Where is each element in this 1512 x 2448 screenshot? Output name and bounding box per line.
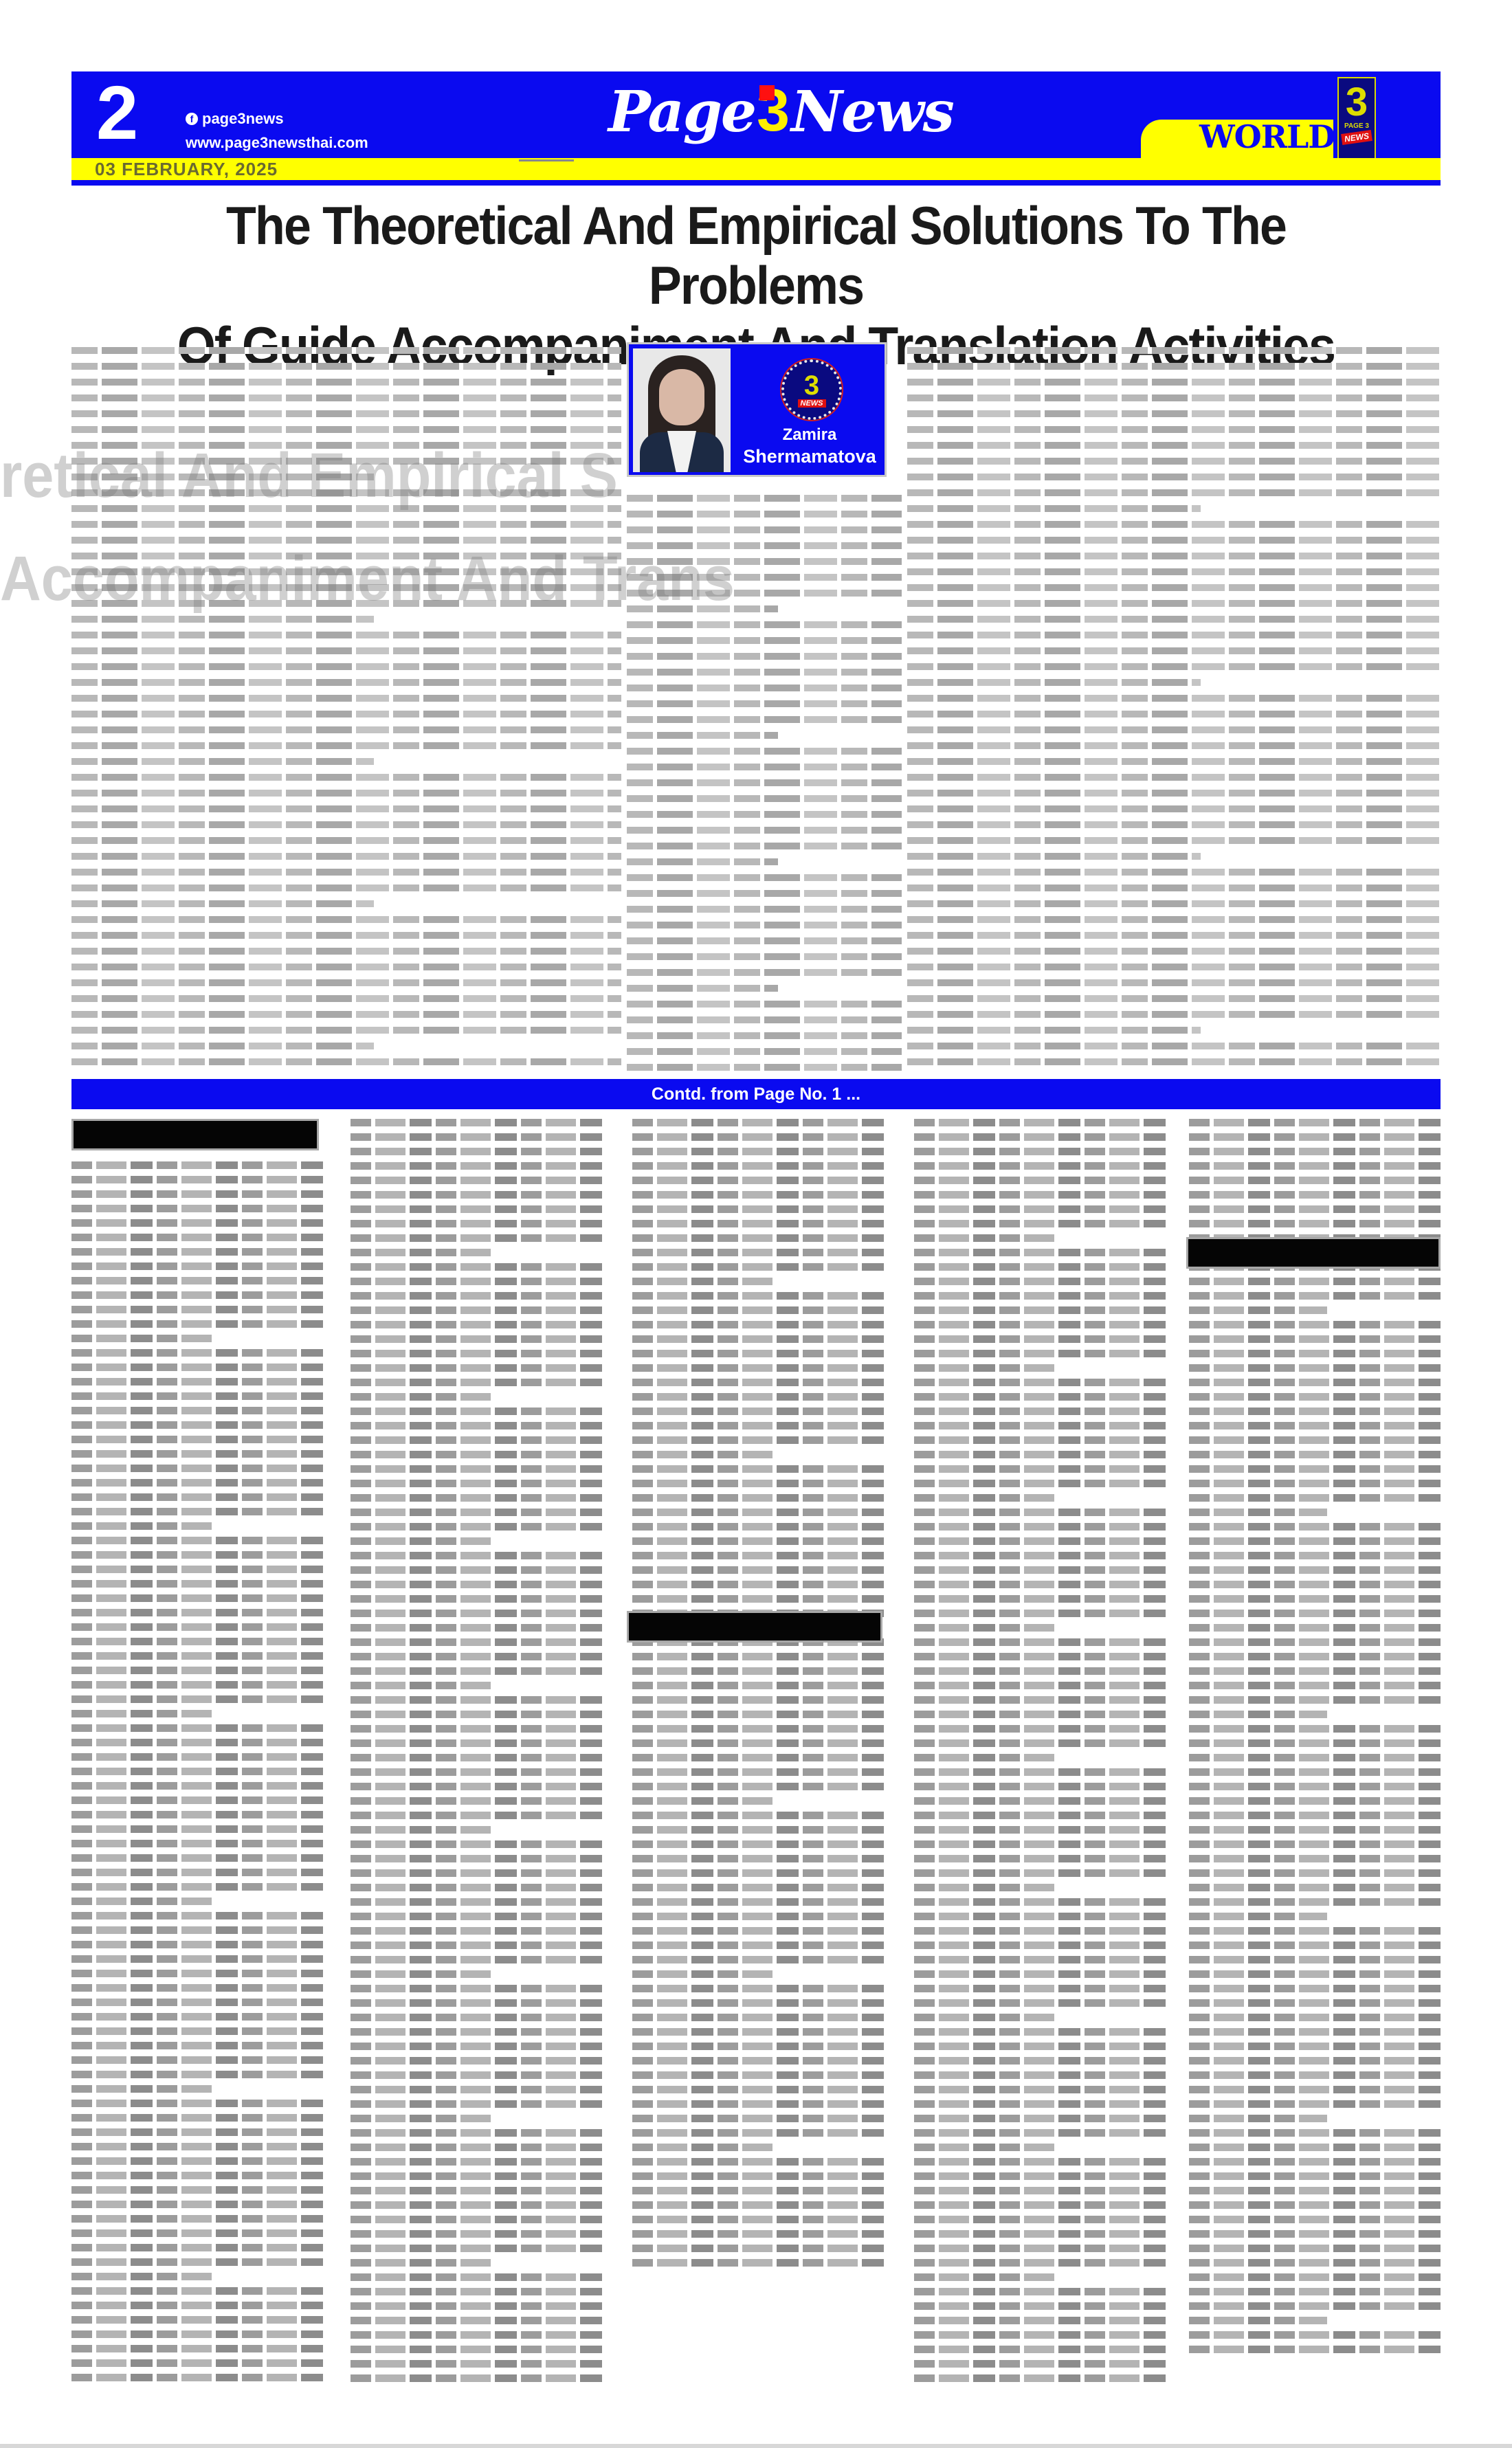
text-line: [907, 805, 1441, 812]
text-line: [632, 1783, 888, 1790]
text-line: [914, 1638, 1170, 1646]
text-line: [71, 1537, 327, 1544]
text-line: [632, 1653, 888, 1660]
text-line: [351, 1638, 606, 1646]
text-line: [351, 1249, 491, 1256]
text-line: [627, 811, 902, 818]
text-line: [1189, 1393, 1441, 1401]
text-line: [632, 1292, 888, 1300]
text-line: [914, 2201, 1170, 2209]
text-line: [351, 2346, 606, 2353]
text-line: [71, 2013, 327, 2021]
text-line: [1189, 1985, 1441, 1992]
text-line: [71, 1291, 327, 1299]
text-line: [351, 1292, 606, 1300]
text-line: [914, 1364, 1055, 1372]
text-line: [71, 1695, 327, 1703]
facebook-icon: f: [186, 113, 198, 125]
text-line: [1189, 1725, 1441, 1733]
text-line: [907, 1043, 1441, 1049]
text-line: [71, 1912, 327, 1920]
text-line: [632, 1768, 888, 1776]
text-line: [71, 2302, 327, 2309]
text-line: [1189, 2086, 1441, 2093]
divider: [71, 180, 1441, 186]
text-line: [1189, 1898, 1441, 1906]
text-line: [914, 1407, 1170, 1415]
text-line: [907, 600, 1441, 607]
text-line: [1189, 1754, 1441, 1761]
text-line: [351, 1667, 606, 1675]
text-line: [914, 1436, 1170, 1444]
text-line: [907, 394, 1441, 401]
text-line: [351, 1711, 606, 1718]
text-line: [627, 1048, 902, 1055]
text-line: [632, 1205, 888, 1213]
text-line: [71, 1667, 327, 1674]
text-line: [71, 1825, 327, 1833]
text-line: [914, 1941, 1170, 1949]
continued-column-2: [351, 1119, 606, 2385]
facebook-link[interactable]: f page3news: [186, 110, 284, 128]
text-line: [71, 1493, 327, 1501]
text-line: [71, 995, 621, 1002]
text-line: [351, 1696, 606, 1704]
text-line: [914, 1321, 1170, 1328]
text-line: [632, 1985, 888, 1992]
facebook-handle: page3news: [202, 110, 284, 128]
text-line: [914, 1999, 1170, 2007]
text-line: [627, 906, 902, 913]
text-line: [1189, 2071, 1441, 2079]
text-line: [914, 1523, 1170, 1531]
text-line: [907, 1027, 1201, 1034]
text-line: [914, 1278, 1170, 1285]
continued-column-5: [1189, 1119, 1441, 2385]
text-line: [351, 2216, 606, 2223]
text-line: [1189, 2201, 1441, 2209]
text-line: [907, 584, 1441, 591]
text-line: [351, 2259, 491, 2267]
text-line: [632, 1927, 888, 1935]
text-line: [71, 679, 621, 686]
text-line: [351, 1566, 606, 1574]
text-line: [351, 1610, 606, 1617]
text-line: [1189, 1581, 1441, 1588]
text-line: [914, 1783, 1170, 1790]
text-line: [351, 1379, 606, 1386]
text-line: [914, 1985, 1170, 1992]
text-line: [71, 1955, 327, 1963]
badge-page-label: PAGE 3: [1344, 122, 1369, 130]
text-line: [71, 474, 374, 480]
author-first-name: Zamira: [736, 425, 883, 445]
text-line: [914, 2100, 1170, 2108]
text-line: [351, 1480, 606, 1487]
text-line: [627, 1016, 902, 1023]
text-line: [1189, 2028, 1441, 2036]
text-line: [914, 1234, 1055, 1242]
text-line: [1189, 2043, 1441, 2050]
text-line: [914, 1509, 1170, 1516]
text-line: [71, 774, 621, 781]
text-line: [351, 1148, 606, 1155]
text-line: [632, 1682, 888, 1689]
text-line: [914, 1927, 1170, 1935]
text-line: [1189, 1451, 1441, 1458]
text-line: [351, 1263, 606, 1271]
text-line: [71, 1898, 212, 1905]
text-line: [914, 2360, 1170, 2368]
text-line: [71, 1248, 327, 1256]
logo-number: 3: [757, 81, 790, 140]
text-line: [71, 2215, 327, 2223]
text-line: [71, 2157, 327, 2165]
text-line: [1189, 2245, 1441, 2252]
text-line: [907, 948, 1441, 955]
text-line: [71, 2085, 212, 2093]
text-line: [914, 1970, 1170, 1978]
text-line: [71, 363, 621, 370]
text-line: [1189, 2014, 1441, 2021]
badge-number: 3: [1346, 82, 1368, 122]
text-line: [71, 805, 621, 812]
text-line: [71, 1364, 327, 1371]
text-line: [914, 1754, 1055, 1761]
text-line: [1189, 2317, 1327, 2324]
text-line: [914, 2086, 1170, 2093]
text-line: [914, 1306, 1170, 1314]
text-line: [632, 1898, 888, 1906]
text-line: [71, 1753, 327, 1761]
text-line: [71, 1508, 327, 1515]
text-line: [71, 1854, 327, 1862]
text-line: [351, 1364, 606, 1372]
text-line: [632, 2115, 888, 2122]
text-line: [907, 726, 1441, 733]
text-line: [907, 884, 1441, 891]
text-line: [627, 590, 902, 597]
text-line: [627, 1001, 902, 1008]
text-line: [71, 1926, 327, 1934]
text-line: [351, 1234, 606, 1242]
text-line: [71, 1043, 374, 1049]
text-line: [71, 1796, 327, 1804]
text-line: [351, 1768, 606, 1776]
text-line: [71, 932, 621, 939]
text-line: [907, 426, 1441, 433]
text-line: [351, 2144, 606, 2151]
text-line: [914, 2216, 1170, 2223]
text-line: [71, 853, 621, 860]
text-line: [351, 2014, 606, 2021]
text-line: [1189, 1797, 1441, 1805]
text-line: [71, 1349, 327, 1357]
text-line: [632, 1465, 888, 1473]
text-line: [351, 1465, 606, 1473]
text-line: [351, 1855, 606, 1862]
text-line: [351, 1581, 606, 1588]
text-line: [71, 1436, 327, 1443]
text-line: [914, 2245, 1170, 2252]
text-line: [71, 1011, 621, 1018]
text-line: [71, 2316, 327, 2324]
text-line: [1189, 2158, 1441, 2166]
article-body-column-center: [627, 495, 902, 1072]
text-line: [71, 916, 621, 923]
text-line: [914, 1119, 1170, 1126]
text-line: [632, 1321, 888, 1328]
text-line: [71, 616, 374, 623]
text-line: [632, 1913, 888, 1920]
text-line: [914, 2071, 1170, 2079]
text-line: [351, 1812, 606, 1819]
text-line: [71, 2071, 327, 2078]
text-line: [1189, 1682, 1441, 1689]
text-line: [351, 1278, 606, 1285]
text-line: [632, 1350, 888, 1357]
text-line: [71, 2172, 327, 2179]
text-line: [632, 1379, 888, 1386]
text-line: [907, 1058, 1441, 1065]
text-line: [71, 2056, 327, 2064]
text-line: [914, 1711, 1170, 1718]
logo-suffix: News: [791, 84, 953, 140]
text-line: [632, 2158, 888, 2166]
text-line: [351, 1595, 606, 1603]
text-line: [71, 2330, 327, 2338]
text-line: [632, 1855, 888, 1862]
text-line: [1189, 1191, 1441, 1199]
text-line: [351, 1509, 606, 1516]
text-line: [632, 1667, 888, 1675]
text-line: [632, 1451, 773, 1458]
text-line: [627, 700, 902, 707]
text-line: [907, 505, 1201, 512]
text-line: [632, 1407, 888, 1415]
column-subhead: [1186, 1237, 1441, 1269]
text-line: [914, 2115, 1170, 2122]
text-line: [632, 2129, 888, 2137]
text-line: [627, 621, 902, 628]
text-line: [632, 2201, 888, 2209]
text-line: [1189, 1350, 1441, 1357]
text-line: [71, 2042, 327, 2049]
text-line: [632, 1739, 888, 1747]
text-line: [627, 922, 902, 928]
text-line: [914, 1624, 1055, 1632]
text-line: [1189, 1220, 1441, 1227]
text-line: [71, 2258, 327, 2266]
text-line: [914, 1725, 1170, 1733]
text-line: [914, 2057, 1170, 2065]
text-line: [71, 1465, 327, 1472]
text-line: [1189, 1711, 1327, 1718]
text-line: [1189, 1696, 1441, 1704]
text-line: [632, 1422, 888, 1429]
text-line: [351, 1537, 491, 1545]
text-line: [71, 458, 621, 465]
text-line: [1189, 2273, 1441, 2281]
text-line: [914, 1465, 1170, 1473]
text-line: [351, 1985, 606, 1992]
text-line: [351, 1177, 606, 1184]
text-line: [1189, 1812, 1441, 1819]
text-line: [351, 1941, 606, 1949]
text-line: [1189, 1321, 1441, 1328]
text-line: [907, 932, 1441, 939]
text-line: [71, 2359, 327, 2367]
text-line: [907, 616, 1441, 623]
text-line: [907, 1011, 1441, 1018]
text-line: [907, 442, 1441, 449]
author-photo: [633, 348, 731, 472]
badge-news-label: NEWS: [1341, 130, 1372, 145]
text-line: [632, 1191, 888, 1199]
text-line: [71, 821, 621, 828]
text-line: [71, 837, 621, 844]
text-line: [71, 632, 621, 638]
text-line: [632, 1797, 773, 1805]
text-line: [1189, 2331, 1441, 2339]
text-line: [632, 1436, 888, 1444]
text-line: [914, 2273, 1055, 2281]
text-line: [71, 394, 621, 401]
text-line: [71, 1262, 327, 1270]
text-line: [71, 1594, 327, 1602]
text-line: [632, 1177, 888, 1184]
text-line: [907, 474, 1441, 480]
text-line: [907, 489, 1441, 496]
text-line: [914, 1249, 1170, 1256]
text-line: [907, 742, 1441, 749]
text-line: [71, 1768, 327, 1775]
text-line: [71, 900, 374, 907]
text-line: [1189, 1119, 1441, 1126]
text-line: [914, 1133, 1170, 1141]
text-line: [627, 526, 902, 533]
text-line: [1189, 1422, 1441, 1429]
text-line: [351, 1306, 606, 1314]
text-line: [71, 695, 621, 702]
text-line: [1189, 1941, 1441, 1949]
text-line: [71, 1970, 327, 1977]
text-line: [71, 1277, 327, 1284]
website-link[interactable]: www.page3newsthai.com: [186, 134, 368, 152]
author-last-name: Shermamatova: [736, 446, 883, 467]
text-line: [351, 1927, 606, 1935]
text-line: [627, 716, 902, 723]
text-line: [71, 1058, 621, 1065]
continued-from-label: Contd. from Page No. 1 ...: [652, 1084, 860, 1104]
text-line: [914, 1884, 1055, 1891]
text-line: [351, 1436, 606, 1444]
text-line: [632, 2172, 888, 2180]
text-line: [71, 521, 621, 528]
text-line: [632, 1148, 888, 1155]
text-line: [1189, 1379, 1441, 1386]
text-line: [1189, 1465, 1441, 1473]
text-line: [914, 2144, 1055, 2151]
text-line: [71, 1638, 327, 1645]
text-line: [907, 521, 1441, 528]
text-line: [351, 2273, 606, 2281]
text-line: [914, 2331, 1170, 2339]
text-line: [632, 1249, 888, 1256]
text-line: [632, 1523, 888, 1531]
text-line: [71, 1681, 327, 1689]
text-line: [351, 1523, 606, 1531]
text-line: [71, 1551, 327, 1559]
text-line: [914, 1220, 1170, 1227]
text-line: [632, 1393, 888, 1401]
continued-column-1: [71, 1161, 327, 2385]
text-line: [351, 2043, 606, 2050]
text-line: [632, 1956, 888, 1963]
text-line: [351, 1162, 606, 1170]
text-line: [71, 2027, 327, 2035]
text-line: [1189, 1667, 1441, 1675]
text-line: [914, 1682, 1170, 1689]
text-line: [71, 1306, 327, 1313]
text-line: [71, 1623, 327, 1631]
text-line: [71, 2287, 327, 2295]
text-line: [71, 568, 621, 575]
text-line: [351, 1956, 606, 1963]
text-line: [351, 1653, 606, 1660]
text-line: [632, 2028, 888, 2036]
text-line: [914, 1292, 1170, 1300]
text-line: [351, 1407, 606, 1415]
text-line: [632, 1552, 888, 1559]
text-line: [351, 1783, 606, 1790]
text-line: [914, 1205, 1170, 1213]
text-line: [1189, 1999, 1441, 2007]
text-line: [71, 1205, 327, 1212]
text-line: [351, 1999, 606, 2007]
text-line: [71, 1161, 327, 1169]
text-line: [914, 1393, 1170, 1401]
text-line: [351, 2288, 606, 2295]
text-line: [907, 632, 1441, 638]
text-line: [914, 1797, 1170, 1805]
continued-column-4: [914, 1119, 1170, 2385]
text-line: [627, 605, 778, 612]
text-line: [632, 1725, 888, 1733]
column-subhead: [71, 1119, 319, 1150]
text-line: [351, 2028, 606, 2036]
text-line: [907, 853, 1201, 860]
text-line: [71, 505, 621, 512]
text-line: [351, 2172, 606, 2180]
text-line: [632, 2259, 888, 2267]
text-line: [71, 1027, 621, 1034]
text-line: [632, 2230, 888, 2238]
text-line: [907, 916, 1441, 923]
text-line: [914, 1956, 1170, 1963]
text-line: [71, 1234, 327, 1241]
text-line: [914, 1898, 1170, 1906]
text-line: [632, 2043, 888, 2050]
text-line: [351, 1220, 606, 1227]
text-line: [627, 953, 902, 960]
text-line: [914, 1162, 1170, 1170]
text-line: [71, 869, 621, 876]
text-line: [71, 1392, 327, 1400]
text-line: [71, 2201, 327, 2208]
text-line: [907, 347, 1441, 354]
text-line: [627, 764, 902, 770]
